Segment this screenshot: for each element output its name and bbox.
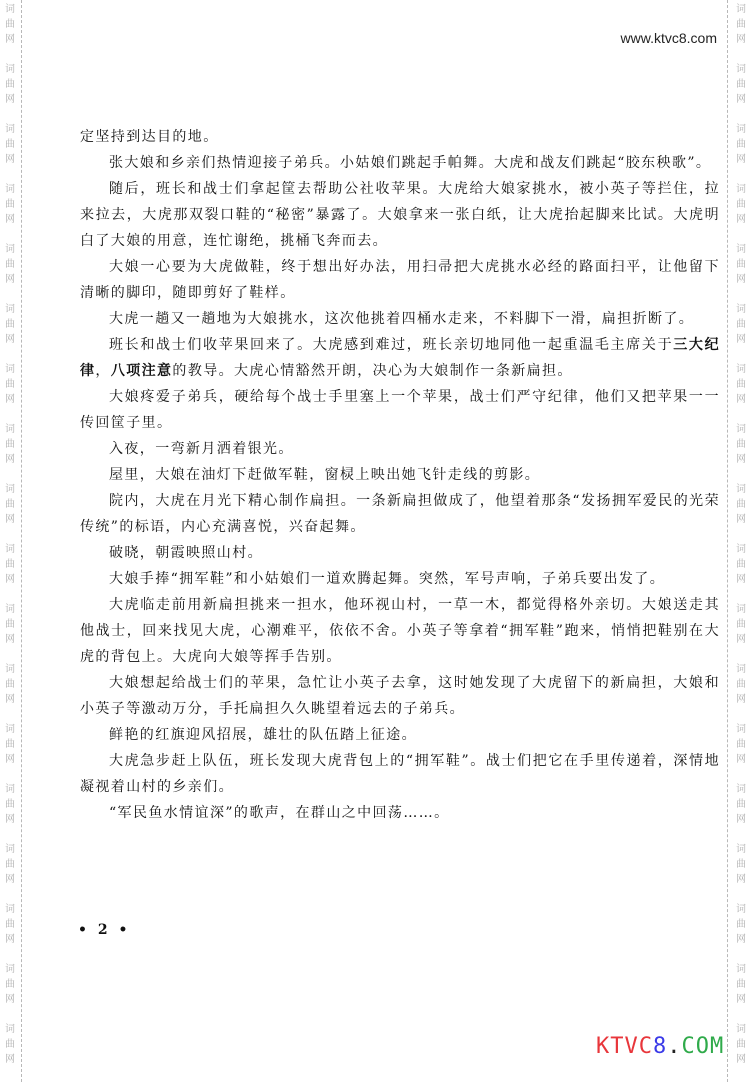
side-watermark-text: 词曲网 [731,482,749,527]
text-segment: 大娘疼爱子弟兵，硬给每个战士手里塞上一个苹果，战士们严守纪律，他们又把苹果一一传… [80,389,720,431]
side-watermark-char: 词 [731,782,749,797]
side-watermark-char: 网 [731,512,749,527]
side-watermark-char: 词 [0,422,20,437]
side-watermark-text: 词曲网 [731,302,749,347]
side-watermark-char: 网 [731,92,749,107]
text-segment: 院内，大虎在月光下精心制作扁担。一条新扁担做成了，他望着那条“发扬拥军爱民的光荣… [80,493,720,535]
side-watermark-char: 网 [0,872,20,887]
side-watermark-char: 网 [731,632,749,647]
side-watermark-char: 网 [0,992,20,1007]
side-watermark-char: 网 [731,32,749,47]
side-watermark-char: 词 [0,962,20,977]
side-watermark-char: 网 [731,992,749,1007]
side-watermark-char: 曲 [731,497,749,512]
paragraph: 班长和战士们收苹果回来了。大虎感到难过，班长亲切地同他一起重温毛主席关于三大纪律… [80,332,720,384]
side-watermark-char: 网 [0,632,20,647]
side-watermark-char: 曲 [0,677,20,692]
side-watermark-char: 曲 [731,737,749,752]
side-watermark-char: 词 [0,842,20,857]
side-watermark-char: 网 [0,392,20,407]
side-watermark-char: 词 [0,482,20,497]
side-watermark-char: 曲 [731,677,749,692]
bold-phrase: 八项注意 [111,363,173,379]
side-watermark-text: 词曲网 [0,962,20,1007]
side-watermark-char: 词 [731,662,749,677]
side-watermark-char: 词 [0,2,20,17]
side-watermark-char: 曲 [0,317,20,332]
side-watermark-char: 网 [731,692,749,707]
text-segment: 破晓，朝霞映照山村。 [109,545,263,561]
side-watermark-char: 词 [731,902,749,917]
side-watermark-text: 词曲网 [0,242,20,287]
logo-part-8: 8 [653,1034,667,1059]
side-watermark-char: 曲 [731,437,749,452]
side-watermark-char: 网 [731,752,749,767]
side-watermark-char: 词 [731,1022,749,1037]
side-watermark-char: 词 [0,722,20,737]
side-watermark-char: 曲 [0,737,20,752]
side-watermark-char: 词 [731,422,749,437]
side-watermark-char: 词 [731,182,749,197]
side-watermark-char: 曲 [731,917,749,932]
side-watermark-char: 网 [731,812,749,827]
side-watermark-text: 词曲网 [731,242,749,287]
side-watermark-char: 词 [0,542,20,557]
side-watermark-text: 词曲网 [731,1022,749,1067]
text-segment: 随后，班长和战士们拿起筐去帮助公社收苹果。大虎给大娘家挑水，被小英子等拦住，拉来… [80,181,720,249]
paragraph: 破晓，朝霞映照山村。 [80,540,720,566]
logo-part-ktvc: KTVC [596,1034,653,1059]
paragraph: 大虎急步赶上队伍，班长发现大虎背包上的“拥军鞋”。战士们把它在手里传递着，深情地… [80,748,720,800]
side-watermark-char: 网 [0,1052,20,1067]
side-watermark-text: 词曲网 [731,842,749,887]
paragraph: “军民鱼水情谊深”的歌声，在群山之中回荡……。 [80,800,720,826]
side-watermark-text: 词曲网 [0,842,20,887]
side-watermark-char: 网 [0,32,20,47]
paragraph: 屋里，大娘在油灯下赶做军鞋，窗棂上映出她飞针走线的剪影。 [80,462,720,488]
text-segment: 入夜，一弯新月洒着银光。 [109,441,294,457]
side-watermark-char: 网 [0,692,20,707]
document-body: 定坚持到达目的地。张大娘和乡亲们热情迎接子弟兵。小姑娘们跳起手帕舞。大虎和战友们… [80,124,720,826]
side-watermark-char: 词 [0,662,20,677]
side-watermark-char: 曲 [731,1037,749,1052]
left-dashed-border [21,0,22,1082]
side-watermark-text: 词曲网 [0,782,20,827]
site-logo: KTVC8.COM [596,1034,724,1059]
side-watermark-text: 词曲网 [0,62,20,107]
side-watermark-char: 曲 [0,797,20,812]
side-watermark-char: 网 [731,272,749,287]
side-watermark-char: 网 [731,1052,749,1067]
side-watermark-char: 网 [0,512,20,527]
side-watermark-char: 词 [731,362,749,377]
side-watermark-text: 词曲网 [731,62,749,107]
side-watermark-char: 曲 [731,617,749,632]
side-watermark-text: 词曲网 [731,902,749,947]
text-segment: 鲜艳的红旗迎风招展，雄壮的队伍踏上征途。 [109,727,417,743]
text-segment: 大娘一心要为大虎做鞋，终于想出好办法，用扫帚把大虎挑水必经的路面扫平，让他留下清… [80,259,720,301]
side-watermark-text: 词曲网 [0,122,20,167]
side-watermark-char: 曲 [0,437,20,452]
side-watermark-char: 词 [731,2,749,17]
side-watermark-char: 词 [0,182,20,197]
side-watermark-text: 词曲网 [731,182,749,227]
side-watermark-char: 曲 [0,977,20,992]
side-watermark-text: 词曲网 [0,902,20,947]
side-watermark-char: 词 [0,362,20,377]
paragraph: 张大娘和乡亲们热情迎接子弟兵。小姑娘们跳起手帕舞。大虎和战友们跳起“胶东秧歌”。 [80,150,720,176]
side-watermark-char: 网 [731,452,749,467]
side-watermark-text: 词曲网 [731,362,749,407]
side-watermark-char: 网 [731,332,749,347]
paragraph: 院内，大虎在月光下精心制作扁担。一条新扁担做成了，他望着那条“发扬拥军爱民的光荣… [80,488,720,540]
side-watermark-char: 曲 [0,137,20,152]
side-watermark-char: 词 [731,482,749,497]
side-watermark-char: 网 [0,572,20,587]
side-watermark-char: 网 [0,932,20,947]
paragraph: 入夜，一弯新月洒着银光。 [80,436,720,462]
side-watermark-text: 词曲网 [731,602,749,647]
side-watermark-char: 词 [0,902,20,917]
side-watermark-char: 词 [0,242,20,257]
side-watermark-char: 曲 [731,257,749,272]
side-watermark-char: 词 [731,302,749,317]
side-watermark-text: 词曲网 [0,362,20,407]
side-watermark-text: 词曲网 [731,962,749,1007]
logo-part-dot: . [667,1034,681,1059]
side-watermark-text: 词曲网 [731,542,749,587]
paragraph: 定坚持到达目的地。 [80,124,720,150]
text-segment: 大娘手捧“拥军鞋”和小姑娘们一道欢腾起舞。突然，军号声响，子弟兵要出发了。 [109,571,665,587]
side-watermark-char: 词 [731,62,749,77]
side-watermark-text: 词曲网 [731,782,749,827]
side-watermark-char: 词 [731,122,749,137]
text-segment: 大虎临走前用新扁担挑来一担水，他环视山村，一草一木，都觉得格外亲切。大娘送走其他… [80,597,720,665]
side-watermark-text: 词曲网 [0,662,20,707]
side-watermark-char: 网 [731,872,749,887]
side-watermark-char: 词 [0,1022,20,1037]
side-watermark-char: 曲 [731,557,749,572]
side-watermark-text: 词曲网 [731,422,749,467]
side-watermark-char: 曲 [0,497,20,512]
text-segment: 大虎一趟又一趟地为大娘挑水，这次他挑着四桶水走来，不料脚下一滑，扁担折断了。 [109,311,694,327]
side-watermark-char: 词 [731,962,749,977]
side-watermark-char: 网 [0,332,20,347]
side-watermark-char: 词 [731,242,749,257]
text-segment: 屋里，大娘在油灯下赶做军鞋，窗棂上映出她飞针走线的剪影。 [109,467,540,483]
side-watermark-char: 词 [0,62,20,77]
side-watermark-char: 网 [731,392,749,407]
side-watermark-char: 曲 [731,17,749,32]
side-watermark-char: 网 [731,572,749,587]
side-watermark-char: 曲 [731,857,749,872]
side-watermark-text: 词曲网 [0,602,20,647]
side-watermark-char: 曲 [0,1037,20,1052]
side-watermark-char: 词 [0,302,20,317]
paragraph: 大娘想起给战士们的苹果，急忙让小英子去拿，这时她发现了大虎留下的新扁担，大娘和小… [80,670,720,722]
side-watermark-char: 词 [0,602,20,617]
right-dashed-border [727,0,728,1082]
side-watermark-char: 曲 [731,977,749,992]
side-watermark-text: 词曲网 [0,302,20,347]
paragraph: 大虎一趟又一趟地为大娘挑水，这次他挑着四桶水走来，不料脚下一滑，扁担折断了。 [80,306,720,332]
side-watermark-char: 网 [731,212,749,227]
paragraph: 大娘疼爱子弟兵，硬给每个战士手里塞上一个苹果，战士们严守纪律，他们又把苹果一一传… [80,384,720,436]
text-segment: 的教导。大虎心情豁然开朗，决心为大娘制作一条新扁担。 [172,363,572,379]
text-segment: 大娘想起给战士们的苹果，急忙让小英子去拿，这时她发现了大虎留下的新扁担，大娘和小… [80,675,720,717]
side-watermark-char: 网 [0,812,20,827]
text-segment: ， [95,363,110,379]
side-watermark-text: 词曲网 [731,662,749,707]
text-segment: 班长和战士们收苹果回来了。大虎感到难过，班长亲切地同他一起重温毛主席关于 [109,337,673,353]
side-watermark-char: 网 [731,152,749,167]
side-watermark-char: 曲 [0,77,20,92]
left-watermark-rail: 词曲网词曲网词曲网词曲网词曲网词曲网词曲网词曲网词曲网词曲网词曲网词曲网词曲网词… [0,0,22,1082]
side-watermark-char: 网 [0,752,20,767]
text-segment: 定坚持到达目的地。 [80,129,219,145]
logo-part-com: COM [681,1034,724,1059]
side-watermark-text: 词曲网 [0,1022,20,1067]
side-watermark-char: 曲 [731,317,749,332]
side-watermark-char: 曲 [731,77,749,92]
paragraph: 大娘手捧“拥军鞋”和小姑娘们一道欢腾起舞。突然，军号声响，子弟兵要出发了。 [80,566,720,592]
side-watermark-char: 曲 [0,197,20,212]
side-watermark-char: 曲 [0,17,20,32]
side-watermark-char: 曲 [731,797,749,812]
side-watermark-char: 网 [0,272,20,287]
side-watermark-text: 词曲网 [731,122,749,167]
side-watermark-text: 词曲网 [0,422,20,467]
side-watermark-char: 网 [0,452,20,467]
page-number: • 2 • [78,922,130,938]
side-watermark-char: 词 [731,542,749,557]
side-watermark-char: 网 [731,932,749,947]
side-watermark-char: 词 [731,602,749,617]
paragraph: 大虎临走前用新扁担挑来一担水，他环视山村，一草一木，都觉得格外亲切。大娘送走其他… [80,592,720,670]
side-watermark-char: 曲 [731,197,749,212]
side-watermark-char: 曲 [0,917,20,932]
side-watermark-char: 曲 [0,557,20,572]
side-watermark-char: 词 [731,842,749,857]
paragraph: 鲜艳的红旗迎风招展，雄壮的队伍踏上征途。 [80,722,720,748]
side-watermark-text: 词曲网 [0,182,20,227]
side-watermark-char: 曲 [0,857,20,872]
side-watermark-text: 词曲网 [731,722,749,767]
paragraph: 随后，班长和战士们拿起筐去帮助公社收苹果。大虎给大娘家挑水，被小英子等拦住，拉来… [80,176,720,254]
header-site-url: www.ktvc8.com [621,30,717,46]
side-watermark-char: 曲 [0,377,20,392]
side-watermark-text: 词曲网 [0,722,20,767]
text-segment: 张大娘和乡亲们热情迎接子弟兵。小姑娘们跳起手帕舞。大虎和战友们跳起“胶东秧歌”。 [109,155,711,171]
side-watermark-char: 网 [0,212,20,227]
side-watermark-text: 词曲网 [0,2,20,47]
side-watermark-char: 曲 [0,617,20,632]
text-segment: “军民鱼水情谊深”的歌声，在群山之中回荡……。 [109,805,450,821]
side-watermark-char: 曲 [731,377,749,392]
side-watermark-char: 词 [731,722,749,737]
side-watermark-char: 词 [0,122,20,137]
paragraph: 大娘一心要为大虎做鞋，终于想出好办法，用扫帚把大虎挑水必经的路面扫平，让他留下清… [80,254,720,306]
right-watermark-rail: 词曲网词曲网词曲网词曲网词曲网词曲网词曲网词曲网词曲网词曲网词曲网词曲网词曲网词… [727,0,749,1082]
side-watermark-char: 词 [0,782,20,797]
side-watermark-char: 网 [0,152,20,167]
side-watermark-char: 曲 [0,257,20,272]
text-segment: 大虎急步赶上队伍，班长发现大虎背包上的“拥军鞋”。战士们把它在手里传递着，深情地… [80,753,720,795]
side-watermark-text: 词曲网 [0,482,20,527]
side-watermark-char: 网 [0,92,20,107]
side-watermark-char: 曲 [731,137,749,152]
side-watermark-text: 词曲网 [731,2,749,47]
side-watermark-text: 词曲网 [0,542,20,587]
